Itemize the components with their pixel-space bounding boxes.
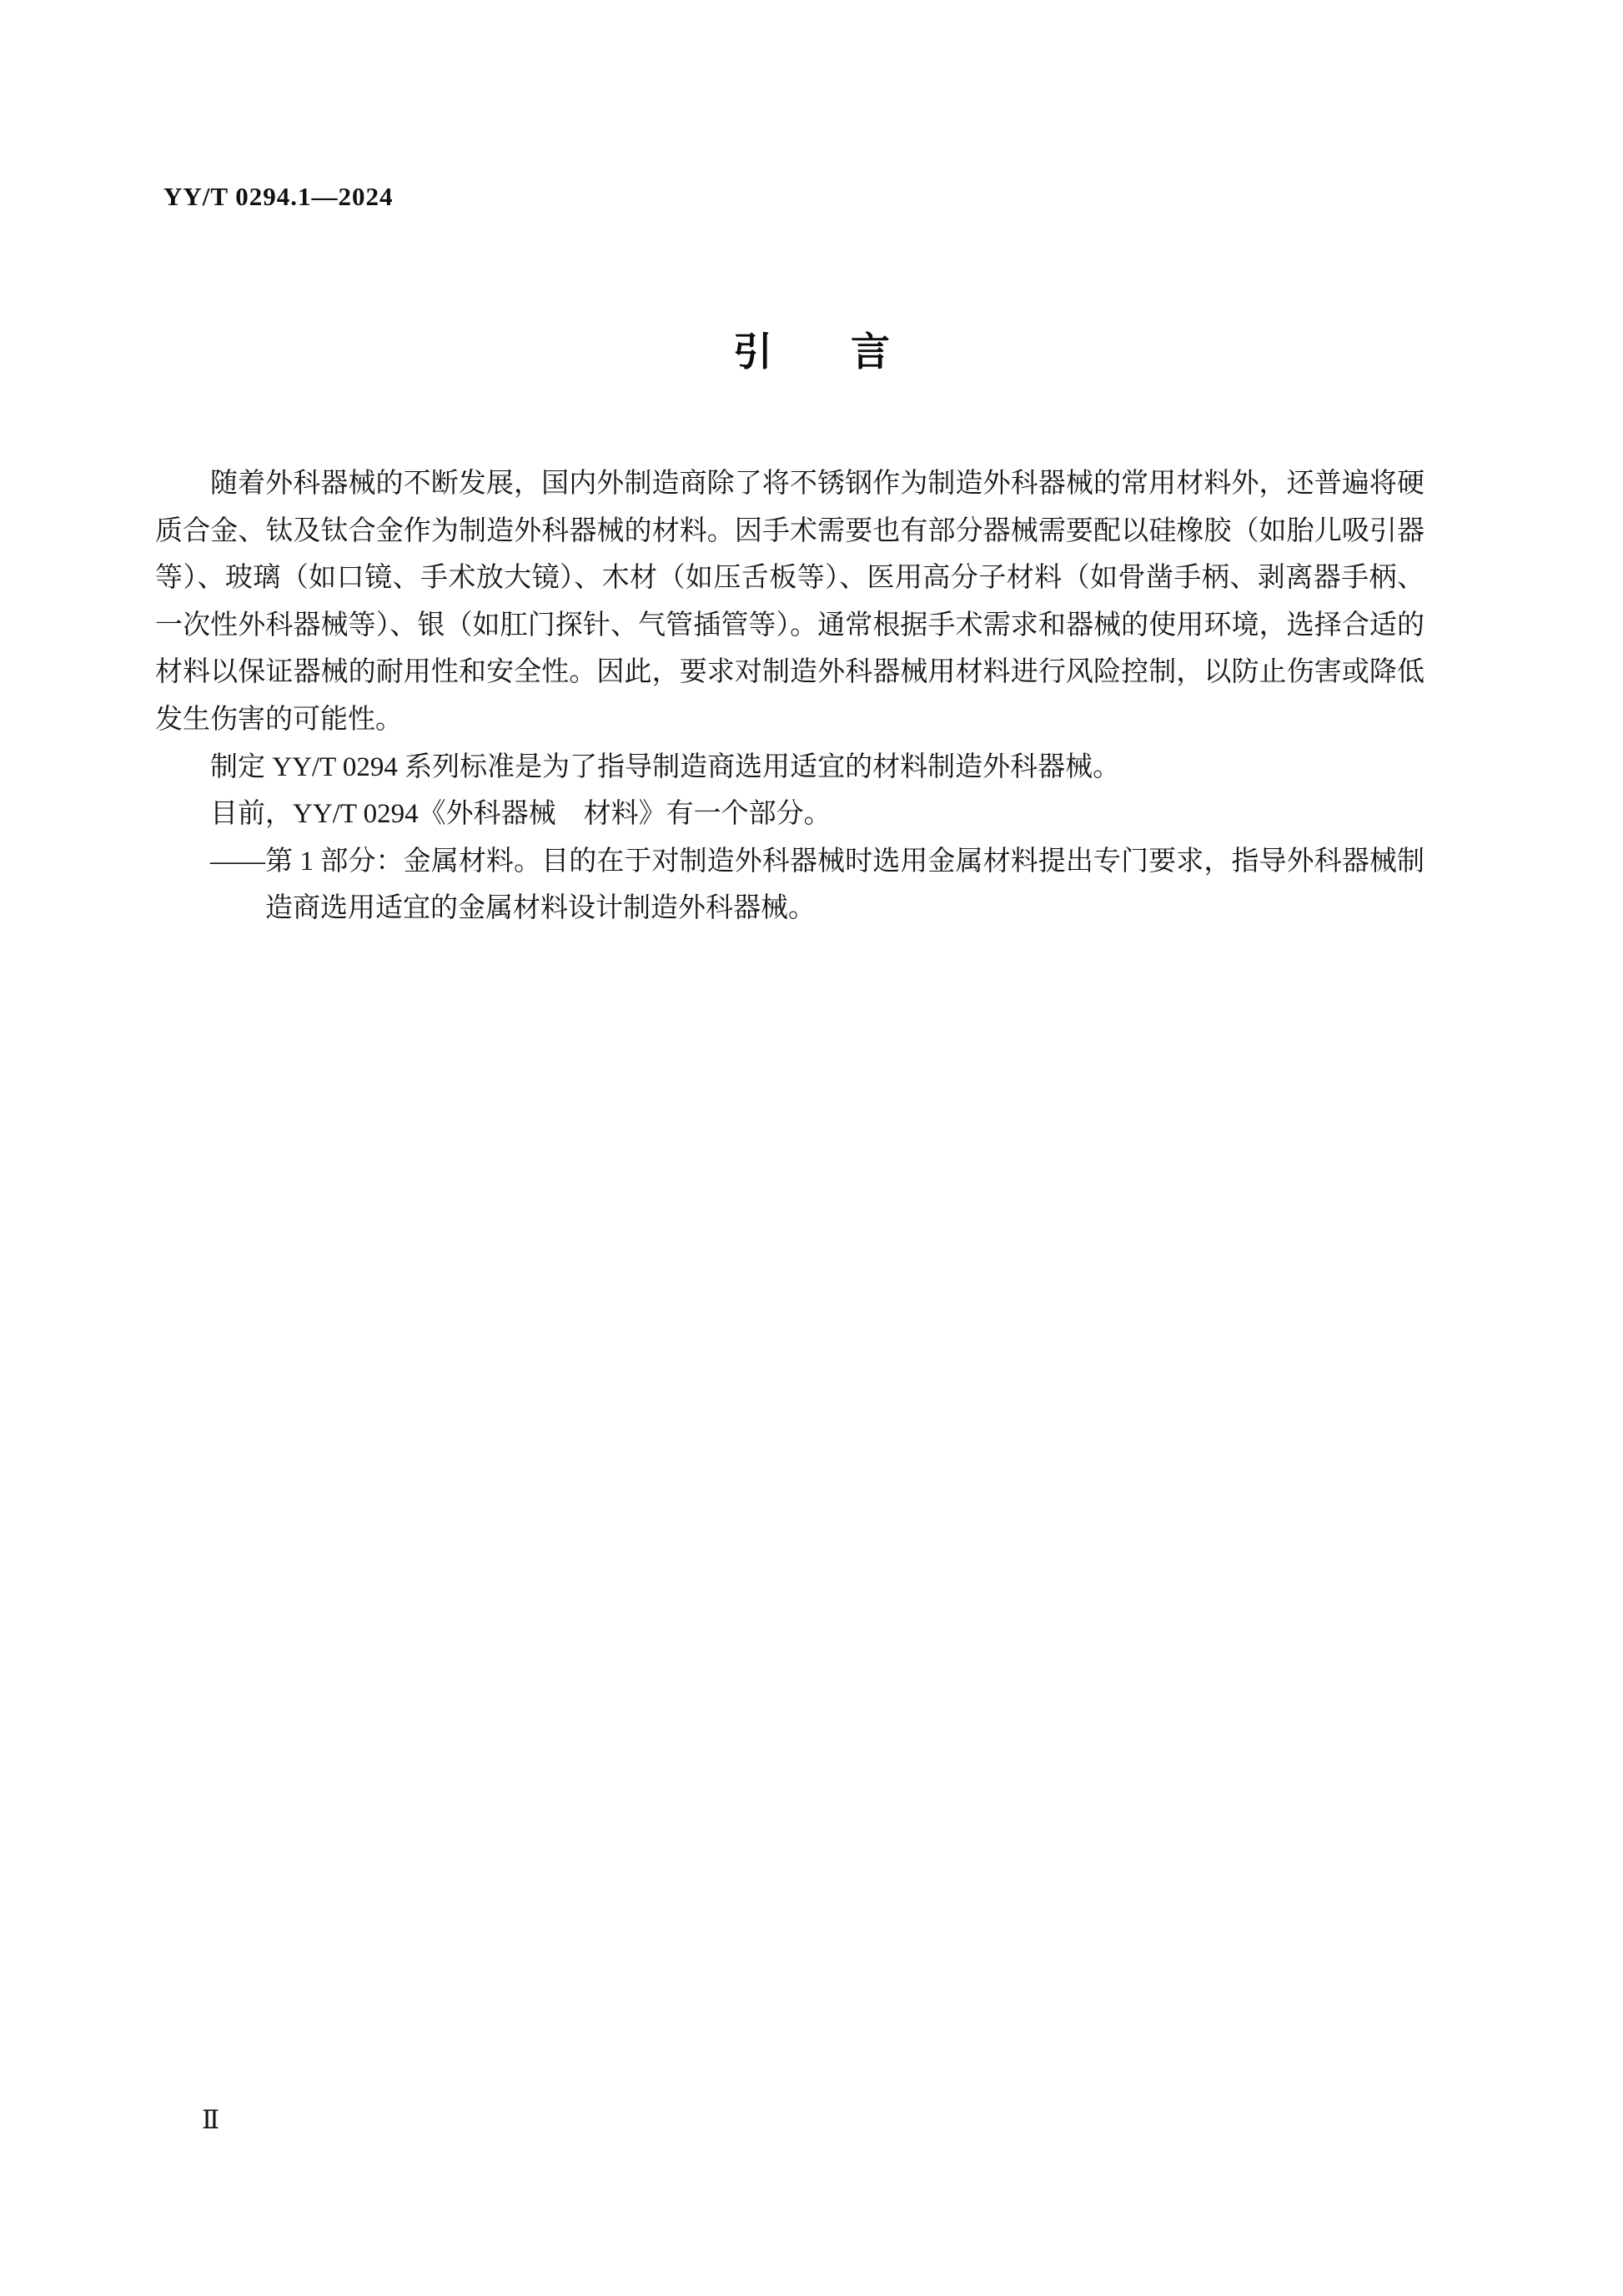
standard-number: YY/T 0294.1—2024: [163, 182, 394, 212]
body-text: 随着外科器械的不断发展，国内外制造商除了将不锈钢作为制造外科器械的常用材料外，还…: [155, 460, 1425, 932]
list-item-part1: ——第 1 部分：金属材料。目的在于对制造外科器械时选用金属材料提出专门要求，指…: [155, 838, 1425, 932]
page-title: 引 言: [0, 327, 1623, 377]
paragraph-introduction: 随着外科器械的不断发展，国内外制造商除了将不锈钢作为制造外科器械的常用材料外，还…: [155, 460, 1425, 744]
paragraph-series-purpose: 制定 YY/T 0294 系列标准是为了指导制造商选用适宜的材料制造外科器械。: [155, 744, 1425, 791]
list-item-text: 第 1 部分：金属材料。目的在于对制造外科器械时选用金属材料提出专门要求，指导外…: [265, 847, 1425, 924]
paragraph-current-parts: 目前，YY/T 0294《外科器械 材料》有一个部分。: [155, 791, 1425, 838]
document-page: YY/T 0294.1—2024 引 言 随着外科器械的不断发展，国内外制造商除…: [0, 0, 1623, 2296]
list-item-dash: ——: [210, 847, 265, 877]
page-number: Ⅱ: [202, 2105, 219, 2135]
